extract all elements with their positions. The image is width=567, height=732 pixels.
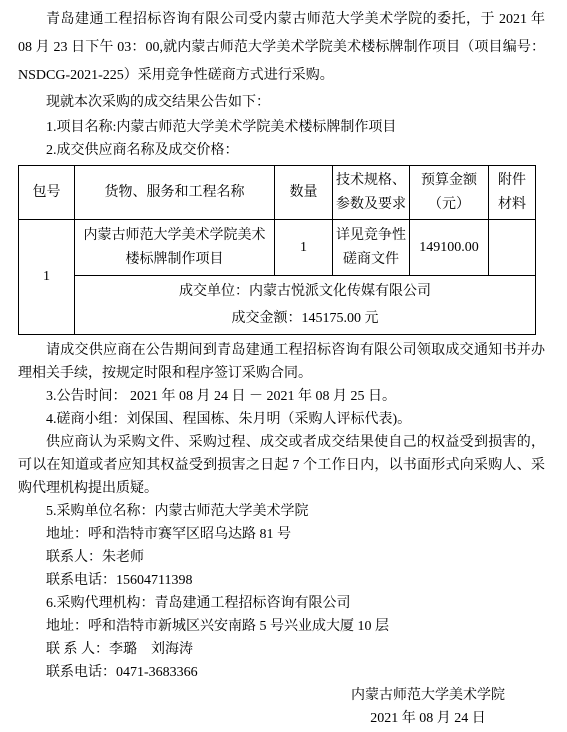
signature-org: 内蒙古师范大学美术学院 — [351, 684, 505, 707]
winner-unit-line: 成交单位：内蒙古悦派文化传媒有限公司 — [78, 278, 532, 305]
header-attachment: 附件材料 — [489, 166, 536, 220]
header-package-no: 包号 — [19, 166, 75, 220]
item-panel: 4.磋商小组：刘保国、程国栋、朱月明（采购人评标代表)。 — [18, 408, 545, 431]
header-budget: 预算金额（元） — [410, 166, 489, 220]
item-winner-heading: 2.成交供应商名称及成交价格： — [18, 139, 545, 162]
result-table: 包号 货物、服务和工程名称 数量 技术规格、参数及要求 预算金额（元） 附件材料… — [18, 165, 536, 335]
buyer-address: 地址：呼和浩特市赛罕区昭乌达路 81 号 — [18, 523, 545, 546]
table-row: 1 内蒙古师范大学美术学院美术楼标牌制作项目 1 详见竞争性磋商文件 14910… — [19, 220, 536, 276]
winner-amount-line: 成交金额：145175.00 元 — [78, 305, 532, 332]
complaint-paragraph: 供应商认为采购文件、采购过程、成交或者成交结果使自己的权益受到损害的，可以在知道… — [18, 431, 545, 500]
item-agent-name: 6.采购代理机构：青岛建通工程招标咨询有限公司 — [18, 592, 545, 615]
announce-line: 现就本次采购的成交结果公告如下： — [18, 90, 545, 116]
buyer-phone: 联系电话：15604711398 — [18, 569, 545, 592]
header-quantity: 数量 — [275, 166, 333, 220]
item-announce-time: 3.公告时间： 2021 年 08 月 24 日 － 2021 年 08 月 2… — [18, 385, 545, 408]
cell-package-no: 1 — [19, 220, 75, 335]
signature-block: 内蒙古师范大学美术学院 2021 年 08 月 24 日 — [351, 684, 505, 730]
signature-date: 2021 年 08 月 24 日 — [351, 707, 505, 730]
cell-budget: 149100.00 — [410, 220, 489, 276]
table-winner-row: 成交单位：内蒙古悦派文化传媒有限公司 成交金额：145175.00 元 — [19, 276, 536, 335]
cell-spec: 详见竞争性磋商文件 — [333, 220, 410, 276]
cell-winner: 成交单位：内蒙古悦派文化传媒有限公司 成交金额：145175.00 元 — [75, 276, 536, 335]
header-spec: 技术规格、参数及要求 — [333, 166, 410, 220]
item-buyer-name: 5.采购单位名称：内蒙古师范大学美术学院 — [18, 500, 545, 523]
table-header-row: 包号 货物、服务和工程名称 数量 技术规格、参数及要求 预算金额（元） 附件材料 — [19, 166, 536, 220]
header-item-name: 货物、服务和工程名称 — [75, 166, 275, 220]
agent-address: 地址：呼和浩特市新城区兴安南路 5 号兴业成大厦 10 层 — [18, 615, 545, 638]
cell-item-name: 内蒙古师范大学美术学院美术楼标牌制作项目 — [75, 220, 275, 276]
agent-contact: 联 系 人：李璐 刘海涛 — [18, 638, 545, 661]
item-project-name: 1.项目名称:内蒙古师范大学美术学院美术楼标牌制作项目 — [18, 116, 545, 139]
intro-paragraph: 青岛建通工程招标咨询有限公司受内蒙古师范大学美术学院的委托，于 2021 年 0… — [18, 6, 545, 90]
cell-quantity: 1 — [275, 220, 333, 276]
cell-attachment — [489, 220, 536, 276]
notice-paragraph: 请成交供应商在公告期间到青岛建通工程招标咨询有限公司领取成交通知书并办理相关手续… — [18, 339, 545, 385]
agent-phone: 联系电话：0471-3683366 — [18, 661, 545, 684]
buyer-contact: 联系人：朱老师 — [18, 546, 545, 569]
announcement-document: 青岛建通工程招标咨询有限公司受内蒙古师范大学美术学院的委托，于 2021 年 0… — [0, 0, 567, 732]
